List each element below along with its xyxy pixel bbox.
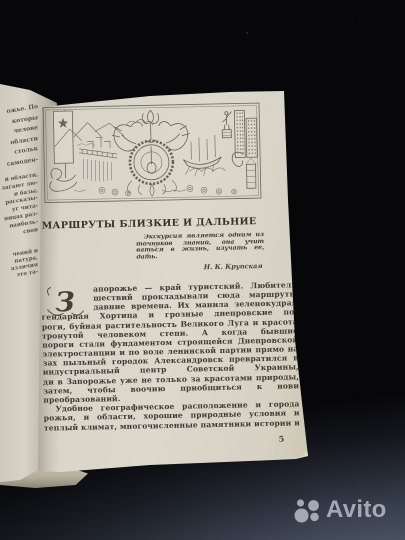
foliage <box>127 180 176 197</box>
photo-of-open-book: ожье. Покоторычеловеобластистольксамодея… <box>0 0 405 540</box>
body-paragraph-1: З апорожье — край туристский. Любители п… <box>41 280 299 405</box>
right-book-page: МАРШРУТЫ БЛИЗКИЕ И ДАЛЬНИЕ Экскурсия явл… <box>30 84 315 484</box>
header-engraving-illustration <box>42 98 262 210</box>
left-page-fragment-block: й области,лагают лю-и базы,рассказы-уг ч… <box>0 172 38 234</box>
epigraph: Экскурсия является одним из ис-точников … <box>136 232 265 261</box>
left-page-fragment-block: чений инатура,азличияэто та- <box>0 248 38 276</box>
left-page-text-fragments: ожье. Покоторычеловеобластистольксамодея… <box>0 102 38 283</box>
city-buildings <box>234 110 257 157</box>
page-content: МАРШРУТЫ БЛИЗКИЕ И ДАЛЬНИЕ Экскурсия явл… <box>37 97 300 448</box>
engraving-frame <box>43 103 261 203</box>
dust-speck <box>182 76 183 77</box>
chapter-title: МАРШРУТЫ БЛИЗКИЕ И ДАЛЬНИЕ <box>42 215 296 231</box>
ornamental-drop-cap: З <box>41 284 90 319</box>
dolphin-flourish-left <box>112 122 144 151</box>
text-line: дать. <box>136 252 264 261</box>
wave-curls <box>74 185 237 198</box>
avito-watermark: Avito <box>294 496 387 524</box>
gear-emblem <box>129 110 174 184</box>
boat <box>183 135 226 177</box>
swan-flourish <box>49 168 77 191</box>
dust-speck <box>246 32 248 34</box>
page-number: 5 <box>44 433 300 448</box>
hydro-dam <box>79 137 118 182</box>
left-page-fragment-block: ожье. Покоторычеловеобластистольксамодея… <box>0 102 38 165</box>
avito-logo-icon <box>294 496 321 524</box>
statue-monument <box>222 112 232 138</box>
dust-speck <box>306 62 307 63</box>
svg-text:З: З <box>55 287 75 318</box>
flag-with-star-icon <box>53 110 73 178</box>
avito-watermark-label: Avito <box>326 497 387 523</box>
body-paragraph-2: Удобное географическое расположение и го… <box>43 399 300 432</box>
epigraph-signature: Н. К. Крупская <box>137 262 263 273</box>
dust-speck <box>352 18 353 19</box>
